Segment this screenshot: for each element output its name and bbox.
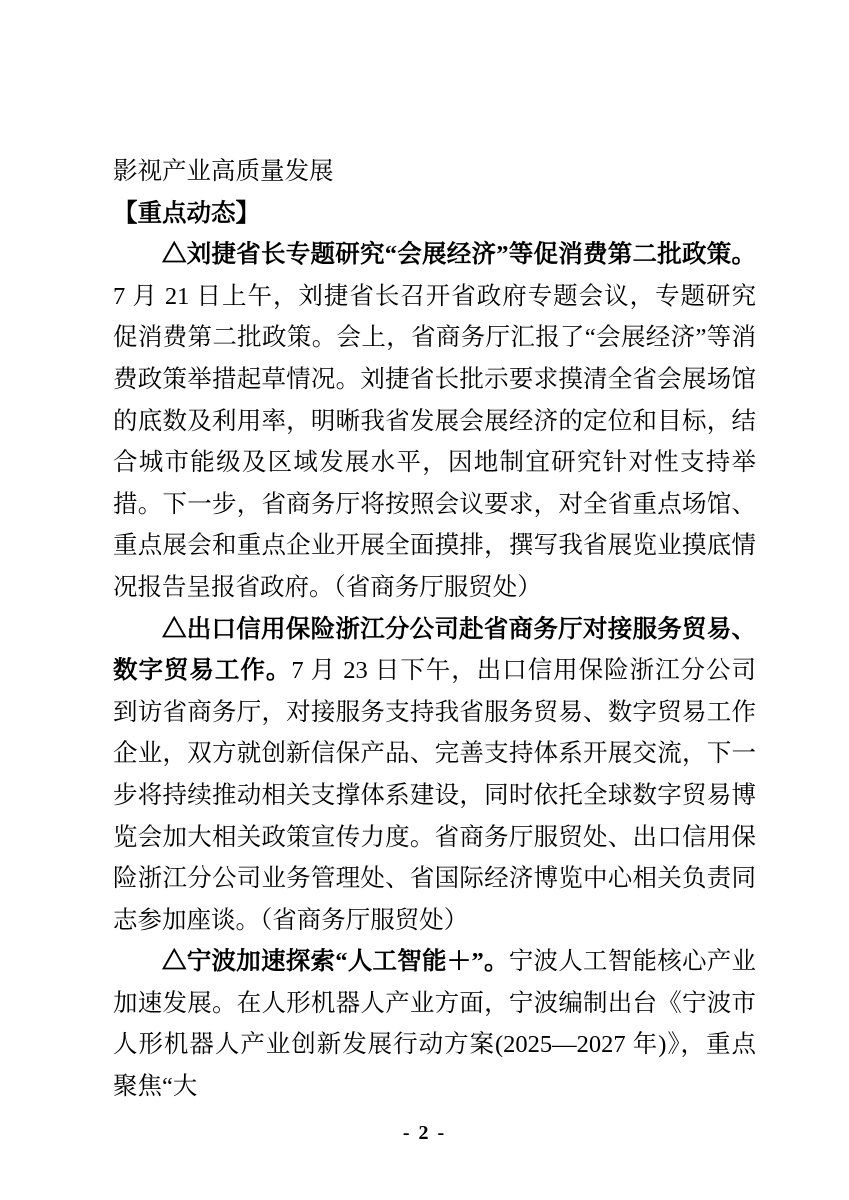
paragraph-body: 7 月 23 日下午，出口信用保险浙江分公司到访省商务厅，对接服务支持我省服务贸… bbox=[113, 657, 756, 934]
document-body: 影视产业高质量发展 【重点动态】 △刘捷省长专题研究“会展经济”等促消费第二批政… bbox=[113, 151, 756, 1108]
news-paragraph-2: △出口信用保险浙江分公司赴省商务厅对接服务贸易、数字贸易工作。7 月 23 日下… bbox=[113, 609, 756, 942]
document-page: 影视产业高质量发展 【重点动态】 △刘捷省长专题研究“会展经济”等促消费第二批政… bbox=[0, 0, 849, 1200]
paragraph-lead: △宁波加速探索“人工智能＋”。 bbox=[162, 948, 509, 975]
news-paragraph-3: △宁波加速探索“人工智能＋”。宁波人工智能核心产业加速发展。在人形机器人产业方面… bbox=[113, 941, 756, 1107]
page-number: - 2 - bbox=[0, 1122, 849, 1145]
section-heading: 【重点动态】 bbox=[113, 193, 756, 235]
paragraph-lead: △刘捷省长专题研究“会展经济”等促消费第二批政策。 bbox=[162, 241, 756, 268]
paragraph-body: 7 月 21 日上午，刘捷省长召开省政府专题会议，专题研究促消费第二批政策。会上… bbox=[113, 283, 756, 601]
continuation-text: 影视产业高质量发展 bbox=[113, 151, 756, 193]
news-paragraph-1: △刘捷省长专题研究“会展经济”等促消费第二批政策。7 月 21 日上午，刘捷省长… bbox=[113, 234, 756, 608]
